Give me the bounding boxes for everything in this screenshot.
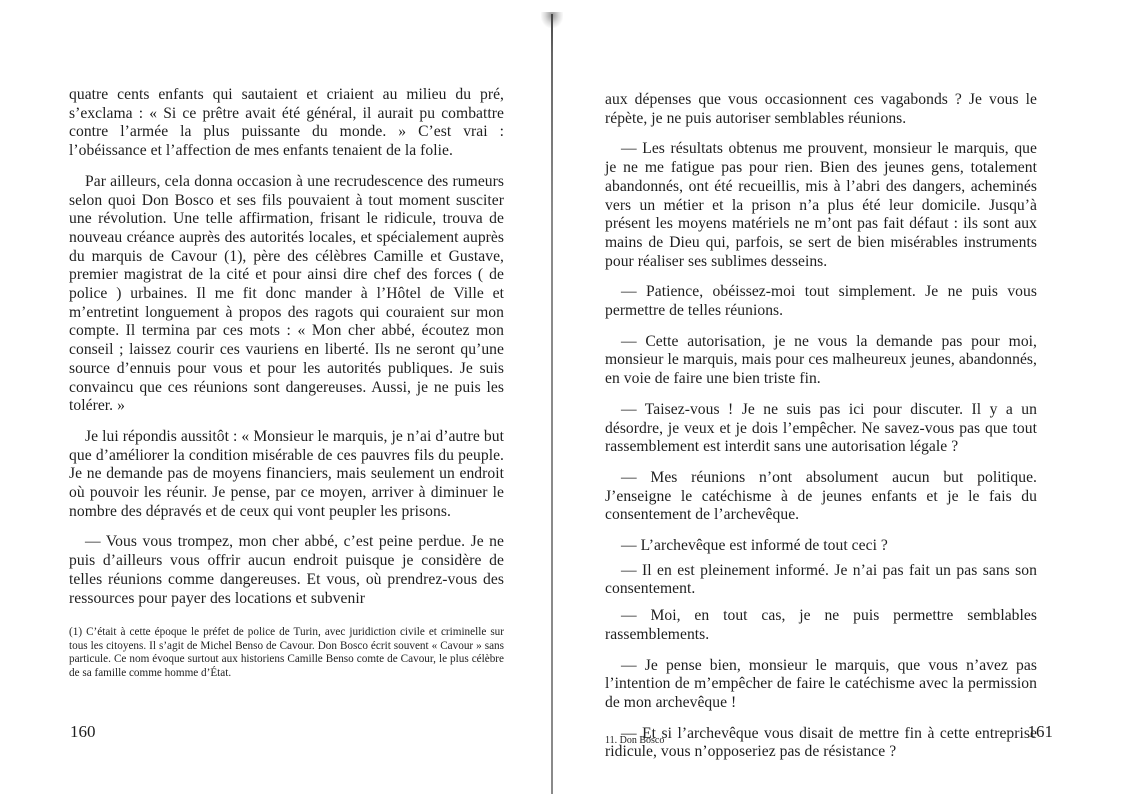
paragraph: quatre cents enfants qui sautaient et cr… bbox=[69, 86, 504, 161]
paragraph: — Cette autorisation, je ne vous la dema… bbox=[605, 333, 1037, 389]
paragraph: — Je pense bien, monsieur le marquis, qu… bbox=[605, 657, 1037, 713]
left-page-body: quatre cents enfants qui sautaient et cr… bbox=[69, 86, 504, 620]
paragraph: — Les résultats obtenus me prouvent, mon… bbox=[605, 140, 1037, 271]
paragraph: — L’archevêque est informé de tout ceci … bbox=[605, 537, 1037, 556]
signature-mark: 11. Don Bosco bbox=[605, 735, 664, 746]
paragraph: Je lui répondis aussitôt : « Monsieur le… bbox=[69, 428, 504, 522]
right-page: aux dépenses que vous occasionnent ces v… bbox=[553, 0, 1123, 794]
paragraph: — Et si l’archevêque vous disait de mett… bbox=[605, 725, 1037, 762]
paragraph: — Moi, en tout cas, je ne puis permettre… bbox=[605, 607, 1037, 644]
page-number: 161 bbox=[1013, 722, 1053, 742]
right-page-body: aux dépenses que vous occasionnent ces v… bbox=[605, 91, 1037, 774]
paragraph: — Il en est pleinement informé. Je n’ai … bbox=[605, 562, 1037, 599]
paragraph: — Patience, obéissez-moi tout simplement… bbox=[605, 283, 1037, 320]
paragraph: Par ailleurs, cela donna occasion à une … bbox=[69, 173, 504, 416]
paragraph: — Mes réunions n’ont absolument aucun bu… bbox=[605, 469, 1037, 525]
left-page: quatre cents enfants qui sautaient et cr… bbox=[0, 0, 552, 794]
page-number: 160 bbox=[70, 722, 96, 742]
paragraph: — Taisez-vous ! Je ne suis pas ici pour … bbox=[605, 401, 1037, 457]
paragraph: — Vous vous trompez, mon cher abbé, c’es… bbox=[69, 533, 504, 608]
paragraph: aux dépenses que vous occasionnent ces v… bbox=[605, 91, 1037, 128]
footnote: (1) C’était à cette époque le préfet de … bbox=[69, 626, 504, 680]
